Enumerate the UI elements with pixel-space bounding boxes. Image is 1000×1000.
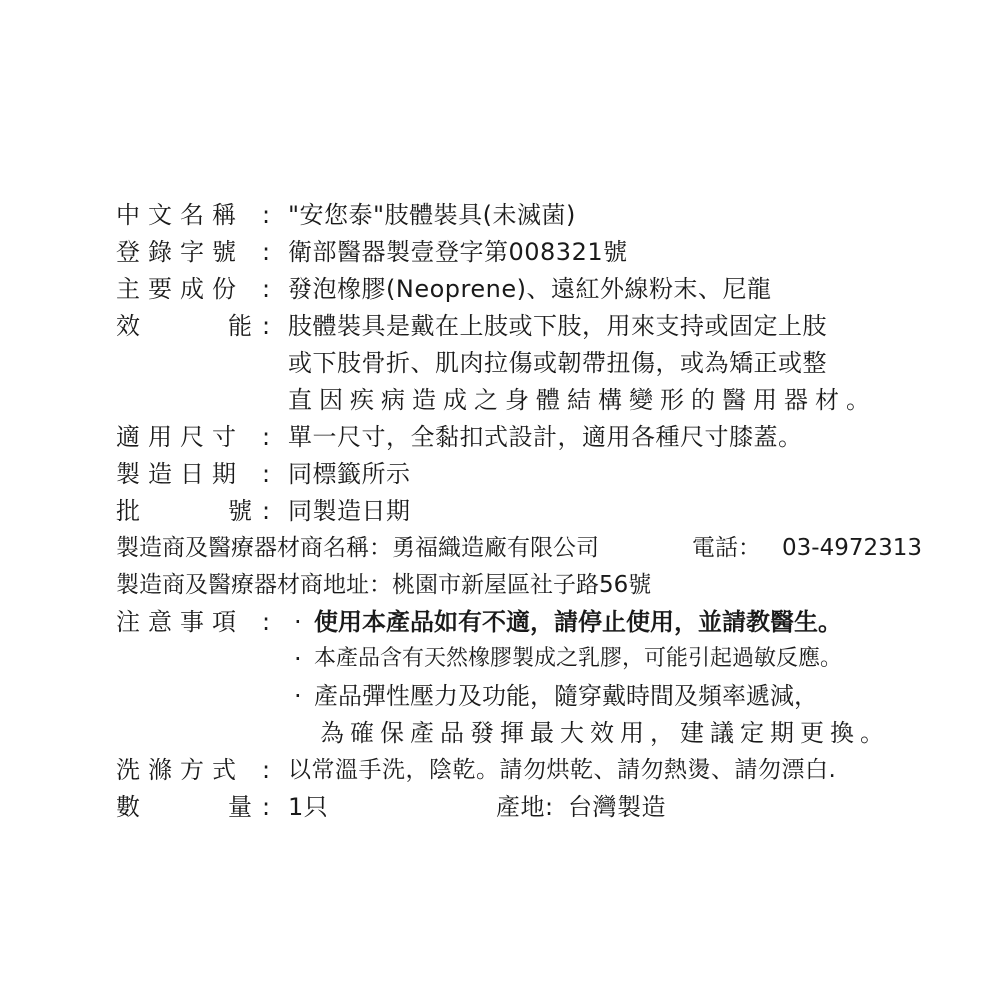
colon: : [262,494,270,528]
colon: : [262,309,270,343]
colon: : [262,272,270,306]
colon: : [262,235,270,269]
label-lot-number: 批號 [116,494,286,528]
value-efficacy-line-1: 肢體裝具是戴在上肢或下肢，用來支持或固定上肢 [288,309,827,343]
label-precautions: 注意事項 [116,605,286,639]
colon: : [262,790,270,824]
value-manufacturer-address: 桃園市新屋區社子路56號 [392,568,651,602]
colon: : [262,198,270,232]
label-phone: 電話： [692,531,761,565]
precaution-item-3: 產品彈性壓力及功能，隨穿戴時間及頻率遞減， [314,679,818,713]
label-chinese-name: 中文名稱 [116,198,286,232]
precaution-item-3-continuation: 為確保產品發揮最大效用，建議定期更換。 [320,716,890,750]
precaution-item-1: 使用本產品如有不適，請停止使用，並請教醫生。 [314,605,842,639]
label-manufacture-date: 製造日期 [116,457,286,491]
value-washing: 以常溫手洗，陰乾。請勿烘乾、請勿熱燙、請勿漂白. [288,753,836,787]
value-main-ingredients: 發泡橡膠(Neoprene)、遠紅外線粉末、尼龍 [288,272,771,306]
label-main-ingredients: 主要成份 [116,272,286,306]
precaution-item-2: 本產品含有天然橡膠製成之乳膠，可能引起過敏反應。 [314,642,842,676]
colon: : [262,457,270,491]
colon: : [262,605,270,639]
value-efficacy-line-2: 或下肢骨折、肌肉拉傷或韌帶扭傷，或為矯正或整 [288,346,827,380]
bullet-icon: · [294,605,302,639]
label-efficacy: 效能 [116,309,286,343]
value-lot-number: 同製造日期 [288,494,411,528]
label-washing: 洗滌方式 [116,753,286,787]
colon: : [262,420,270,454]
value-manufacturer-name: 勇福織造廠有限公司 [392,531,599,565]
value-manufacture-date: 同標籤所示 [288,457,411,491]
colon: : [262,753,270,787]
bullet-icon: · [294,679,302,713]
label-manufacturer-name: 製造商及醫療器材商名稱： [116,531,392,565]
value-registration-number: 衛部醫器製壹登字第008321號 [288,235,628,269]
label-quantity: 數量 [116,790,286,824]
label-applicable-size: 適用尺寸 [116,420,286,454]
bullet-icon: · [294,642,302,676]
value-origin: 台灣製造 [568,790,666,824]
value-chinese-name: "安您泰"肢體裝具(未滅菌) [288,198,576,232]
label-manufacturer-address: 製造商及醫療器材商地址： [116,568,392,602]
value-phone: 03-4972313 [782,531,922,565]
value-quantity: 1只 [288,790,328,824]
row-precautions: 注意事項 : · 使用本產品如有不適，請停止使用，並請教醫生。 [116,605,936,639]
label-registration-number: 登錄字號 [116,235,286,269]
row-quantity: 數量 : 1只 產地: 台灣製造 [116,790,936,824]
label-origin: 產地: [496,790,554,824]
row-manufacturer-name: 製造商及醫療器材商名稱： 勇福織造廠有限公司 電話： 03-4972313 [116,531,936,565]
value-applicable-size: 單一尺寸，全黏扣式設計，適用各種尺寸膝蓋。 [288,420,803,454]
value-efficacy-line-3: 直因疾病造成之身體結構變形的醫用器材。 [288,383,877,417]
